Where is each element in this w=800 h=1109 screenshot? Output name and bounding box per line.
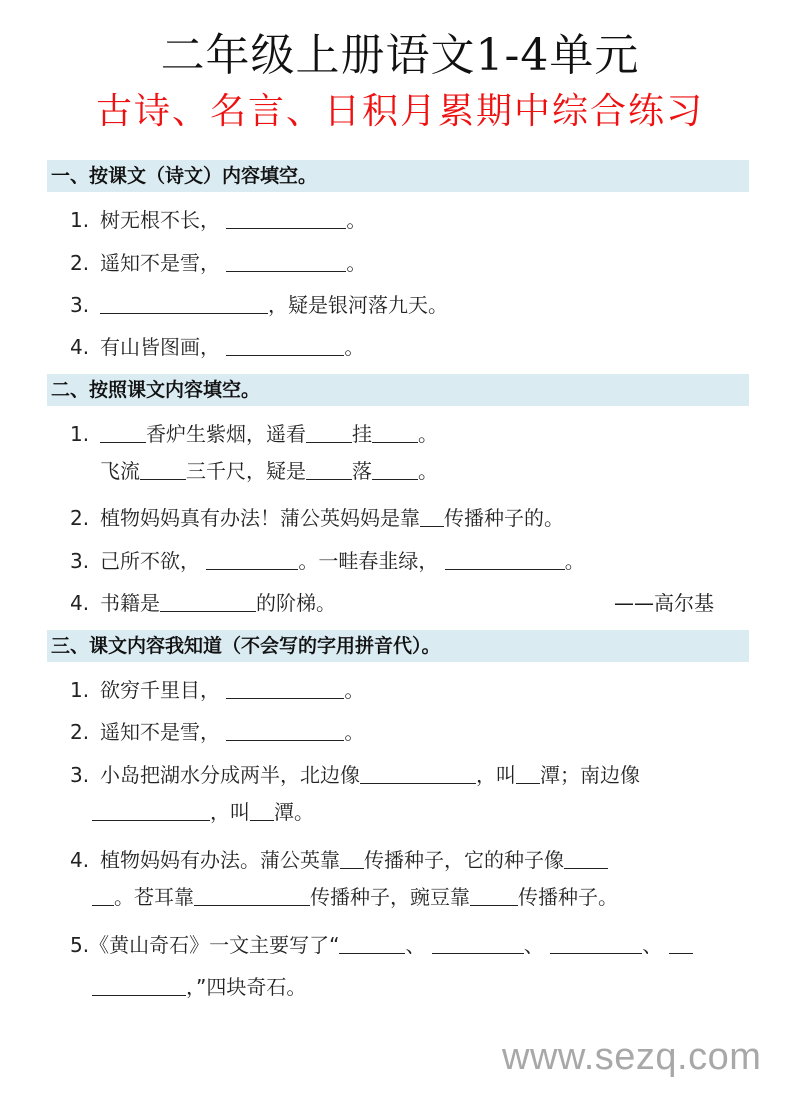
answer-blank[interactable] <box>206 549 298 570</box>
question-3-5-line2: ，”四块奇石。 <box>92 973 306 1001</box>
answer-blank[interactable] <box>432 933 524 954</box>
question-1-4: 4.有山皆图画， 。 <box>70 333 364 361</box>
answer-blank[interactable] <box>550 933 642 954</box>
answer-blank[interactable] <box>306 459 352 480</box>
answer-blank[interactable] <box>226 335 344 356</box>
answer-blank[interactable] <box>92 885 114 906</box>
question-3-5: 5.《黄山奇石》一文主要写了“、 、 、 <box>70 931 693 959</box>
answer-blank[interactable] <box>140 459 186 480</box>
question-2-1: 1.香炉生紫烟，遥看挂。 <box>70 420 438 448</box>
answer-blank[interactable] <box>226 251 346 272</box>
answer-blank[interactable] <box>92 800 210 821</box>
question-3-4: 4.植物妈妈有办法。蒲公英靠传播种子，它的种子像 <box>70 846 608 874</box>
answer-blank[interactable] <box>100 293 268 314</box>
question-3-1: 1.欲穷千里目， 。 <box>70 676 364 704</box>
answer-blank[interactable] <box>372 459 418 480</box>
question-2-2: 2.植物妈妈真有办法！蒲公英妈妈是靠传播种子的。 <box>70 504 564 532</box>
answer-blank[interactable] <box>372 422 418 443</box>
answer-blank[interactable] <box>194 885 310 906</box>
question-2-4: 4.书籍是的阶梯。 <box>70 589 336 617</box>
question-1-1: 1.树无根不长， 。 <box>70 206 366 234</box>
page-subtitle: 古诗、名言、日积月累期中综合练习 <box>0 88 800 136</box>
answer-blank[interactable] <box>516 763 540 784</box>
watermark: www.sezq.com <box>502 1036 761 1079</box>
question-3-3-line2: ，叫潭。 <box>92 798 314 826</box>
section-heading-3: 三、课文内容我知道（不会写的字用拼音代）。 <box>47 630 749 662</box>
quote-attribution: ——高尔基 <box>614 589 714 617</box>
answer-blank[interactable] <box>470 885 518 906</box>
section-heading-2: 二、按照课文内容填空。 <box>47 374 749 406</box>
question-1-3: 3.，疑是银河落九天。 <box>70 291 448 319</box>
section-heading-1: 一、按课文（诗文）内容填空。 <box>47 160 749 192</box>
question-3-2: 2.遥知不是雪， 。 <box>70 718 364 746</box>
answer-blank[interactable] <box>306 422 352 443</box>
answer-blank[interactable] <box>160 591 256 612</box>
question-3-4-line2: 。苍耳靠传播种子，豌豆靠传播种子。 <box>92 883 618 911</box>
answer-blank[interactable] <box>250 800 274 821</box>
answer-blank[interactable] <box>420 506 444 527</box>
answer-blank[interactable] <box>445 549 565 570</box>
question-1-2: 2.遥知不是雪， 。 <box>70 249 366 277</box>
answer-blank[interactable] <box>226 208 346 229</box>
question-3-3: 3.小岛把湖水分成两半，北边像，叫潭；南边像 <box>70 761 640 789</box>
answer-blank[interactable] <box>92 975 186 996</box>
question-2-1-line2: 飞流三千尺，疑是落。 <box>100 457 438 485</box>
question-2-3: 3.己所不欲， 。一畦春韭绿， 。 <box>70 547 585 575</box>
answer-blank[interactable] <box>100 422 146 443</box>
answer-blank[interactable] <box>564 848 608 869</box>
answer-blank[interactable] <box>226 678 344 699</box>
page-title: 二年级上册语文1-4单元 <box>0 28 800 84</box>
answer-blank[interactable] <box>339 933 405 954</box>
answer-blank[interactable] <box>360 763 476 784</box>
answer-blank[interactable] <box>340 848 364 869</box>
answer-blank[interactable] <box>226 720 344 741</box>
question-number: 1. <box>70 206 100 234</box>
answer-blank[interactable] <box>669 933 693 954</box>
